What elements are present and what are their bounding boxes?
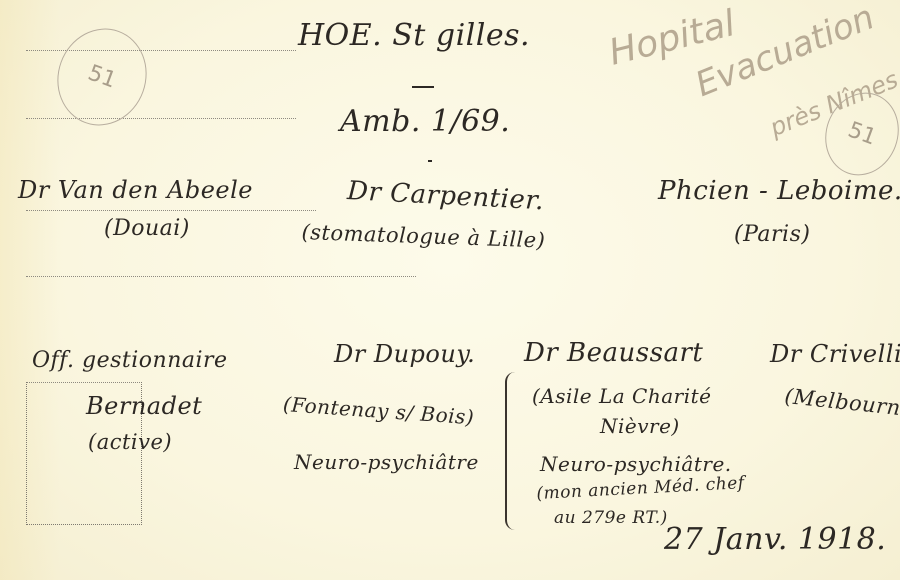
address-line <box>26 210 316 211</box>
staff-specialty: Neuro-psychiâtre <box>294 450 479 474</box>
staff-specialty: Neuro-psychiâtre. <box>540 452 732 476</box>
staff-note: (Asile La Charité <box>532 384 712 408</box>
staff-note: (Melbourne) <box>783 384 900 422</box>
address-line <box>26 118 296 119</box>
staff-remark-line2: au 279e RT.) <box>554 508 668 528</box>
ambulance-title: Amb. 1/69. <box>340 104 510 139</box>
staff-name: Dr Carpentier. <box>346 176 544 216</box>
date: 27 Janv. 1918. <box>664 522 886 557</box>
staff-name-line2: Bernadet <box>86 392 202 420</box>
separator-dash <box>412 86 434 88</box>
circled-number-left: 51 <box>44 16 160 138</box>
hospital-title: HOE. St gilles. <box>298 18 530 53</box>
staff-name: Phcien - Leboime. <box>658 176 900 206</box>
brace <box>505 372 523 530</box>
staff-note: (Fontenay s/ Bois) <box>282 392 475 429</box>
address-line <box>26 276 416 277</box>
staff-name: Dr Beaussart <box>524 338 703 368</box>
staff-note: (Douai) <box>104 216 190 241</box>
staff-name: Dr Van den Abeele <box>18 176 253 204</box>
separator-dot <box>428 160 432 162</box>
staff-remark: (mon ancien Méd. chef <box>536 473 745 504</box>
staff-name: Off. gestionnaire <box>32 348 228 373</box>
staff-name: Dr Crivelli <box>770 340 900 368</box>
staff-note: (active) <box>88 430 172 454</box>
staff-note: (stomatologue à Lille) <box>301 220 546 252</box>
staff-note-line2: Nièvre) <box>600 414 680 438</box>
staff-name: Dr Dupouy. <box>334 340 475 368</box>
staff-note: (Paris) <box>734 222 810 247</box>
postcard: 51 51 Hopital Evacuation près Nîmes HOE.… <box>0 0 900 580</box>
